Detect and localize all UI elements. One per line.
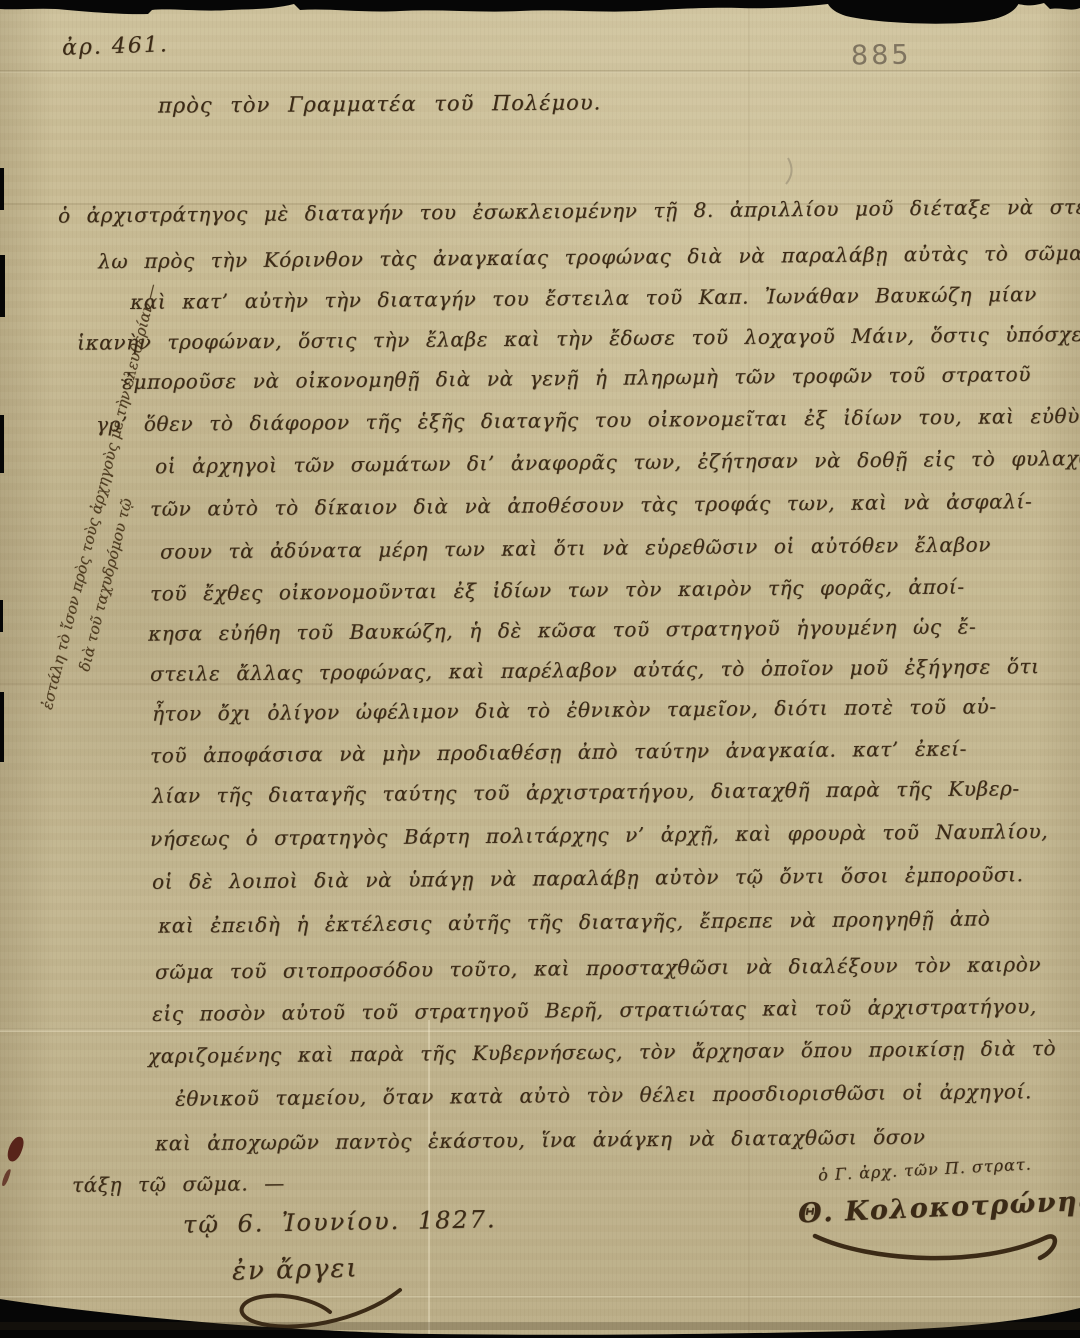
- closing-date: τῷ 6. Ἰουνίου. 1827.: [183, 1205, 497, 1238]
- closing-place: ἐν ἄργει: [232, 1253, 359, 1286]
- scanned-letter-page: ἀρ. 461. 885 πρὸς τὸν Γραμματέα τοῦ Πολέ…: [0, 0, 1080, 1338]
- archive-number-pencil: 885: [851, 39, 912, 71]
- handwritten-line: τάξῃ τῷ σῶμα. —: [72, 1171, 285, 1197]
- vertical-fold-crease: [428, 1020, 430, 1338]
- recipient-heading: πρὸς τὸν Γραμματέα τοῦ Πολέμου.: [158, 90, 601, 117]
- document-number: ἀρ. 461.: [62, 32, 170, 61]
